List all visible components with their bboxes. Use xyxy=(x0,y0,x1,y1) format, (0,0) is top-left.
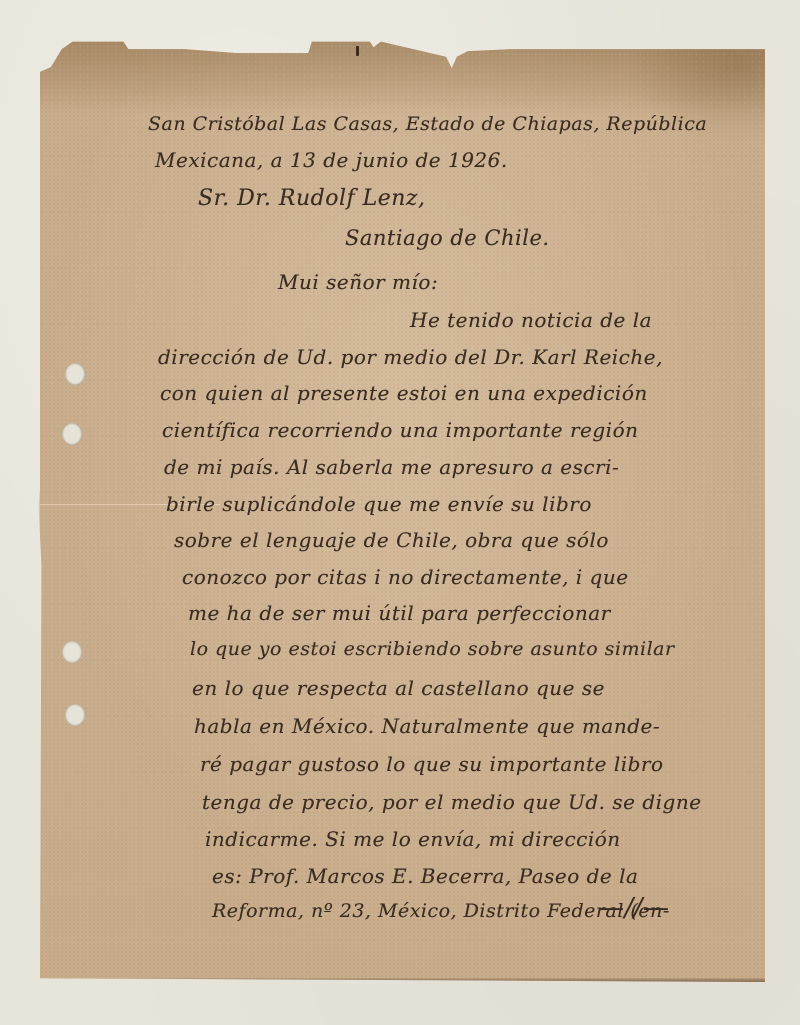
recipient-location: Santiago de Chile. xyxy=(345,228,550,249)
body-line: tenga de precio, por el medio que Ud. se… xyxy=(202,792,702,812)
body-line: lo que yo estoi escribiendo sobre asunto… xyxy=(190,640,675,659)
body-line: indicarme. Si me lo envía, mi dirección xyxy=(205,829,621,849)
salutation: Mui señor mío: xyxy=(278,272,438,292)
continuation-mark: —//— xyxy=(598,895,670,921)
body-line: con quien al presente estoi en una exped… xyxy=(160,383,648,403)
page-number-mark xyxy=(356,46,359,56)
body-line: me ha de ser mui útil para perfeccionar xyxy=(188,603,611,623)
body-line: es: Prof. Marcos E. Becerra, Paseo de la xyxy=(212,866,638,886)
body-line: sobre el lenguaje de Chile, obra que sól… xyxy=(174,530,609,550)
recipient-name: Sr. Dr. Rudolf Lenz, xyxy=(198,188,426,210)
body-line: birle suplicándole que me envíe su libro xyxy=(166,494,592,514)
body-line: conozco por citas i no directamente, i q… xyxy=(182,567,629,587)
body-line: habla en México. Naturalmente que mande- xyxy=(194,716,660,736)
letter-place-line: San Cristóbal Las Casas, Estado de Chiap… xyxy=(148,115,707,134)
body-line: científica recorriendo una importante re… xyxy=(162,420,639,440)
body-line: de mi país. Al saberla me apresuro a esc… xyxy=(164,457,619,477)
letter-date-line: Mexicana, a 13 de junio de 1926. xyxy=(155,150,508,170)
punch-hole xyxy=(65,704,85,726)
body-line: dirección de Ud. por medio del Dr. Karl … xyxy=(158,347,663,367)
punch-hole xyxy=(62,641,82,663)
punch-hole xyxy=(62,423,82,445)
punch-hole xyxy=(65,363,85,385)
body-line: He tenido noticia de la xyxy=(410,310,652,330)
body-line: ré pagar gustoso lo que su importante li… xyxy=(200,754,664,774)
body-line: en lo que respecta al castellano que se xyxy=(192,678,605,698)
